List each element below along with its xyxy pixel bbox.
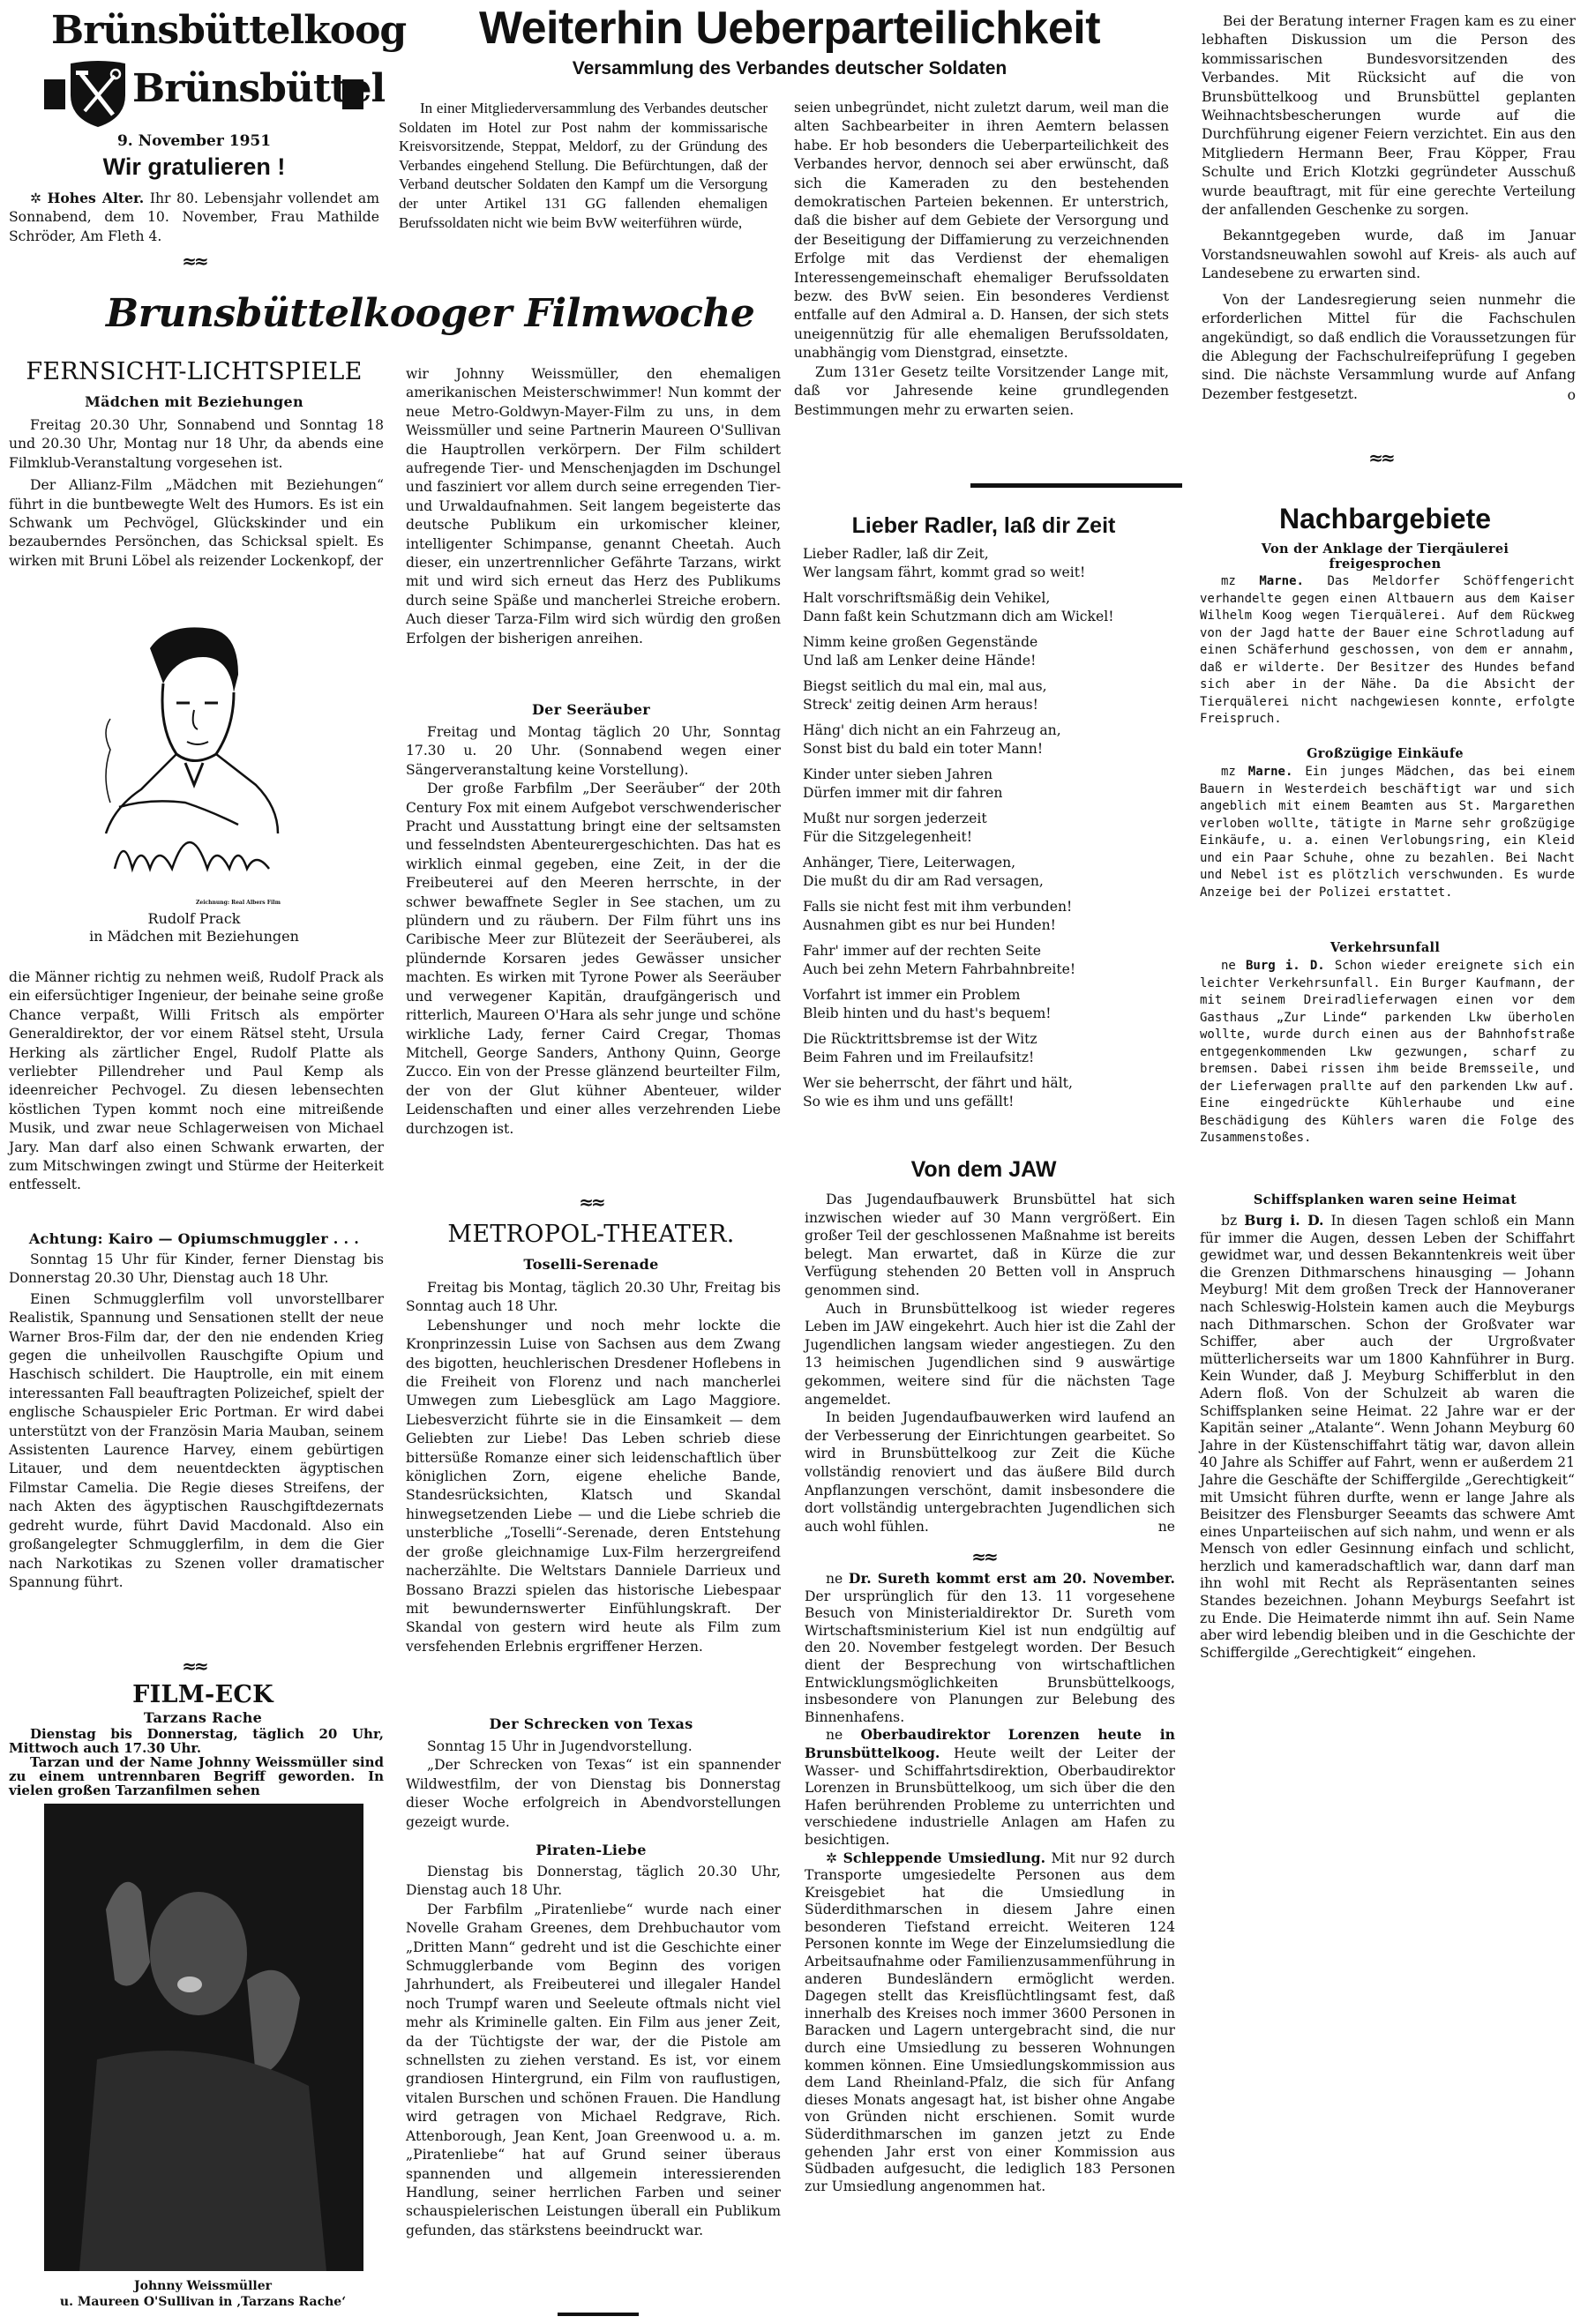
filmeck-text-part3: Freitag und Montag täglich 20 Uhr, Sonnt… <box>406 723 781 1139</box>
metropol-text-part2: Sonntag 15 Uhr in Jugendvorstellung. „De… <box>406 1737 781 1832</box>
filmwoche-title: Brunsbüttelkooger Filmwoche <box>106 291 785 336</box>
separator-wave-icon: ≈≈ <box>176 253 212 269</box>
filmeck-text-part2: wir Johnny Weissmüller, den ehemaligen a… <box>406 365 781 648</box>
poem-stanza: Mußt nur sorgen jederzeitFür die Sitzgel… <box>803 810 1173 846</box>
coat-of-arms-icon <box>67 60 129 129</box>
separator-wave-icon: ≈≈ <box>1363 450 1398 466</box>
nb-article2: mz Marne. Ein junges Mädchen, das bei ei… <box>1200 764 1575 901</box>
poem-stanza: Häng' dich nicht an ein Fahrzeug an,Sons… <box>803 721 1173 758</box>
nb-article3: ne Burg i. D. Schon wieder ereignete sic… <box>1200 958 1575 1147</box>
poem-stanza: Wer sie beherrscht, der fährt und hält,S… <box>803 1074 1173 1110</box>
end-rule <box>558 2313 639 2316</box>
poem-stanza: Nimm keine großen GegenständeUnd laß am … <box>803 633 1173 669</box>
star-icon: ✲ <box>30 191 41 206</box>
tarzan-photo <box>44 1804 363 2271</box>
lead-article-col1: In einer Mitgliederversammlung des Verba… <box>399 99 768 232</box>
separator-wave-icon: ≈≈ <box>573 1194 609 1210</box>
poem-stanza: Biegst seitlich du mal ein, mal aus,Stre… <box>803 677 1173 714</box>
illustration-credit: Zeichnung: Real Albers Film <box>176 900 300 906</box>
poem-stanza: Lieber Radler, laß dir Zeit,Wer langsam … <box>803 545 1173 581</box>
umsiedlung-headline: Schleppende Umsiedlung. <box>843 1849 1045 1866</box>
cinema-fernsicht-title: FERNSICHT-LICHTSPIELE <box>0 358 388 385</box>
issue-date: 9. November 1951 <box>0 132 388 150</box>
lead-subheadline: Versammlung des Verbandes deutscher Sold… <box>397 58 1182 79</box>
film-title-tarzan: Tarzans Rache <box>0 1709 406 1726</box>
lead-article-col3: Bei der Beratung interner Fragen kam es … <box>1202 12 1576 406</box>
nb-article4: bz Burg i. D. In diesen Tagen schloß ein… <box>1200 1212 1575 1662</box>
metropol-text-part1: Freitag bis Montag, täglich 20.30 Uhr, F… <box>406 1279 781 1656</box>
local-news: ne Dr. Sureth kommt erst am 20. November… <box>805 1570 1175 2195</box>
film-title-piraten: Piraten-Liebe <box>397 1842 785 1858</box>
fernsicht-text-part2: die Männer richtig zu nehmen weiß, Rudol… <box>9 968 384 1195</box>
nachbargebiete-title: Nachbargebiete <box>1182 503 1588 535</box>
poem-stanza: Kinder unter sieben JahrenDürfen immer m… <box>803 766 1173 802</box>
film-title-kairo: Achtung: Kairo — Opiumschmuggler . . . <box>0 1230 388 1247</box>
film-title-seeraeuber: Der Seeräuber <box>397 701 785 718</box>
poem-title: Lieber Radler, laß dir Zeit <box>785 513 1182 539</box>
section-divider-rule <box>970 483 1182 488</box>
congrats-notice: ✲ Hohes Alter. Ihr 80. Lebensjahr vollen… <box>9 189 379 246</box>
film-title-texas: Der Schrecken von Texas <box>397 1715 785 1732</box>
cinema-filmeck-title: FILM-ECK <box>0 1681 406 1708</box>
fernsicht-text-part1: Freitag 20.30 Uhr, Sonnabend und Sonntag… <box>9 416 384 571</box>
poem-stanza: Fahr' immer auf der rechten SeiteAuch be… <box>803 942 1173 978</box>
jaw-title: Von dem JAW <box>785 1157 1182 1183</box>
separator-wave-icon: ≈≈ <box>176 1658 212 1674</box>
separator-wave-icon: ≈≈ <box>966 1549 1001 1565</box>
nb-article2-title: Großzügige Einkäufe <box>1182 746 1588 761</box>
banner-left-flag <box>44 79 65 109</box>
film-title-maedchen: Mädchen mit Beziehungen <box>0 393 388 410</box>
fernsicht-text-part3: Sonntag 15 Uhr für Kinder, ferner Dienst… <box>9 1251 384 1592</box>
banner-right-flag <box>342 79 363 109</box>
lead-article-col2: seien unbegründet, nicht zuletzt darum, … <box>794 99 1169 420</box>
nb-article3-title: Verkehrsunfall <box>1182 940 1588 955</box>
poem-stanza: Falls sie nicht fest mit ihm verbunden!A… <box>803 898 1173 934</box>
congrats-lead: Hohes Alter. <box>48 190 145 206</box>
filmeck-text-part1: Dienstag bis Donnerstag, täglich 20 Uhr,… <box>9 1727 384 1797</box>
metropol-text-part3: Dienstag bis Donnerstag, täglich 20.30 U… <box>406 1863 781 2240</box>
nb-article1-title: Von der Anklage der Tierqäulerei freiges… <box>1235 542 1535 572</box>
masthead-title-line1: Brünsbüttelkoog <box>51 11 406 51</box>
poem-stanza: Die Rücktrittsbremse ist der WitzBeim Fa… <box>803 1030 1173 1066</box>
congrats-title: Wir gratulieren ! <box>0 153 388 181</box>
poem-stanza: Vorfahrt ist immer ein ProblemBleib hint… <box>803 986 1173 1022</box>
nb-article1: mz Marne. Das Meldorfer Schöffengericht … <box>1200 573 1575 729</box>
poem-stanza: Halt vorschriftsmäßig dein Vehikel,Dann … <box>803 589 1173 625</box>
film-title-toselli: Toselli-Serenade <box>397 1256 785 1273</box>
illustration-caption: Rudolf Prack in Mädchen mit Beziehungen <box>0 910 388 945</box>
nb-article4-title: Schiffsplanken waren seine Heimat <box>1182 1192 1588 1207</box>
sureth-headline: Dr. Sureth kommt erst am 20. November. <box>849 1570 1175 1587</box>
cinema-metropol-title: METROPOL-THEATER. <box>397 1221 785 1248</box>
rudolf-prack-illustration <box>88 622 300 904</box>
star-icon: ✲ <box>826 1850 837 1866</box>
tarzan-photo-caption: Johnny Weissmüller u. Maureen O'Sullivan… <box>0 2278 406 2310</box>
lead-headline: Weiterhin Ueberparteilichkeit <box>397 0 1182 56</box>
jaw-article: Das Jugendaufbauwerk Brunsbüttel hat sic… <box>805 1191 1175 1536</box>
poem-body: Lieber Radler, laß dir Zeit,Wer langsam … <box>803 545 1173 1118</box>
masthead: Brünsbüttelkoog Brünsbüttel <box>44 7 362 131</box>
poem-stanza: Anhänger, Tiere, Leiterwagen,Die mußt du… <box>803 854 1173 890</box>
